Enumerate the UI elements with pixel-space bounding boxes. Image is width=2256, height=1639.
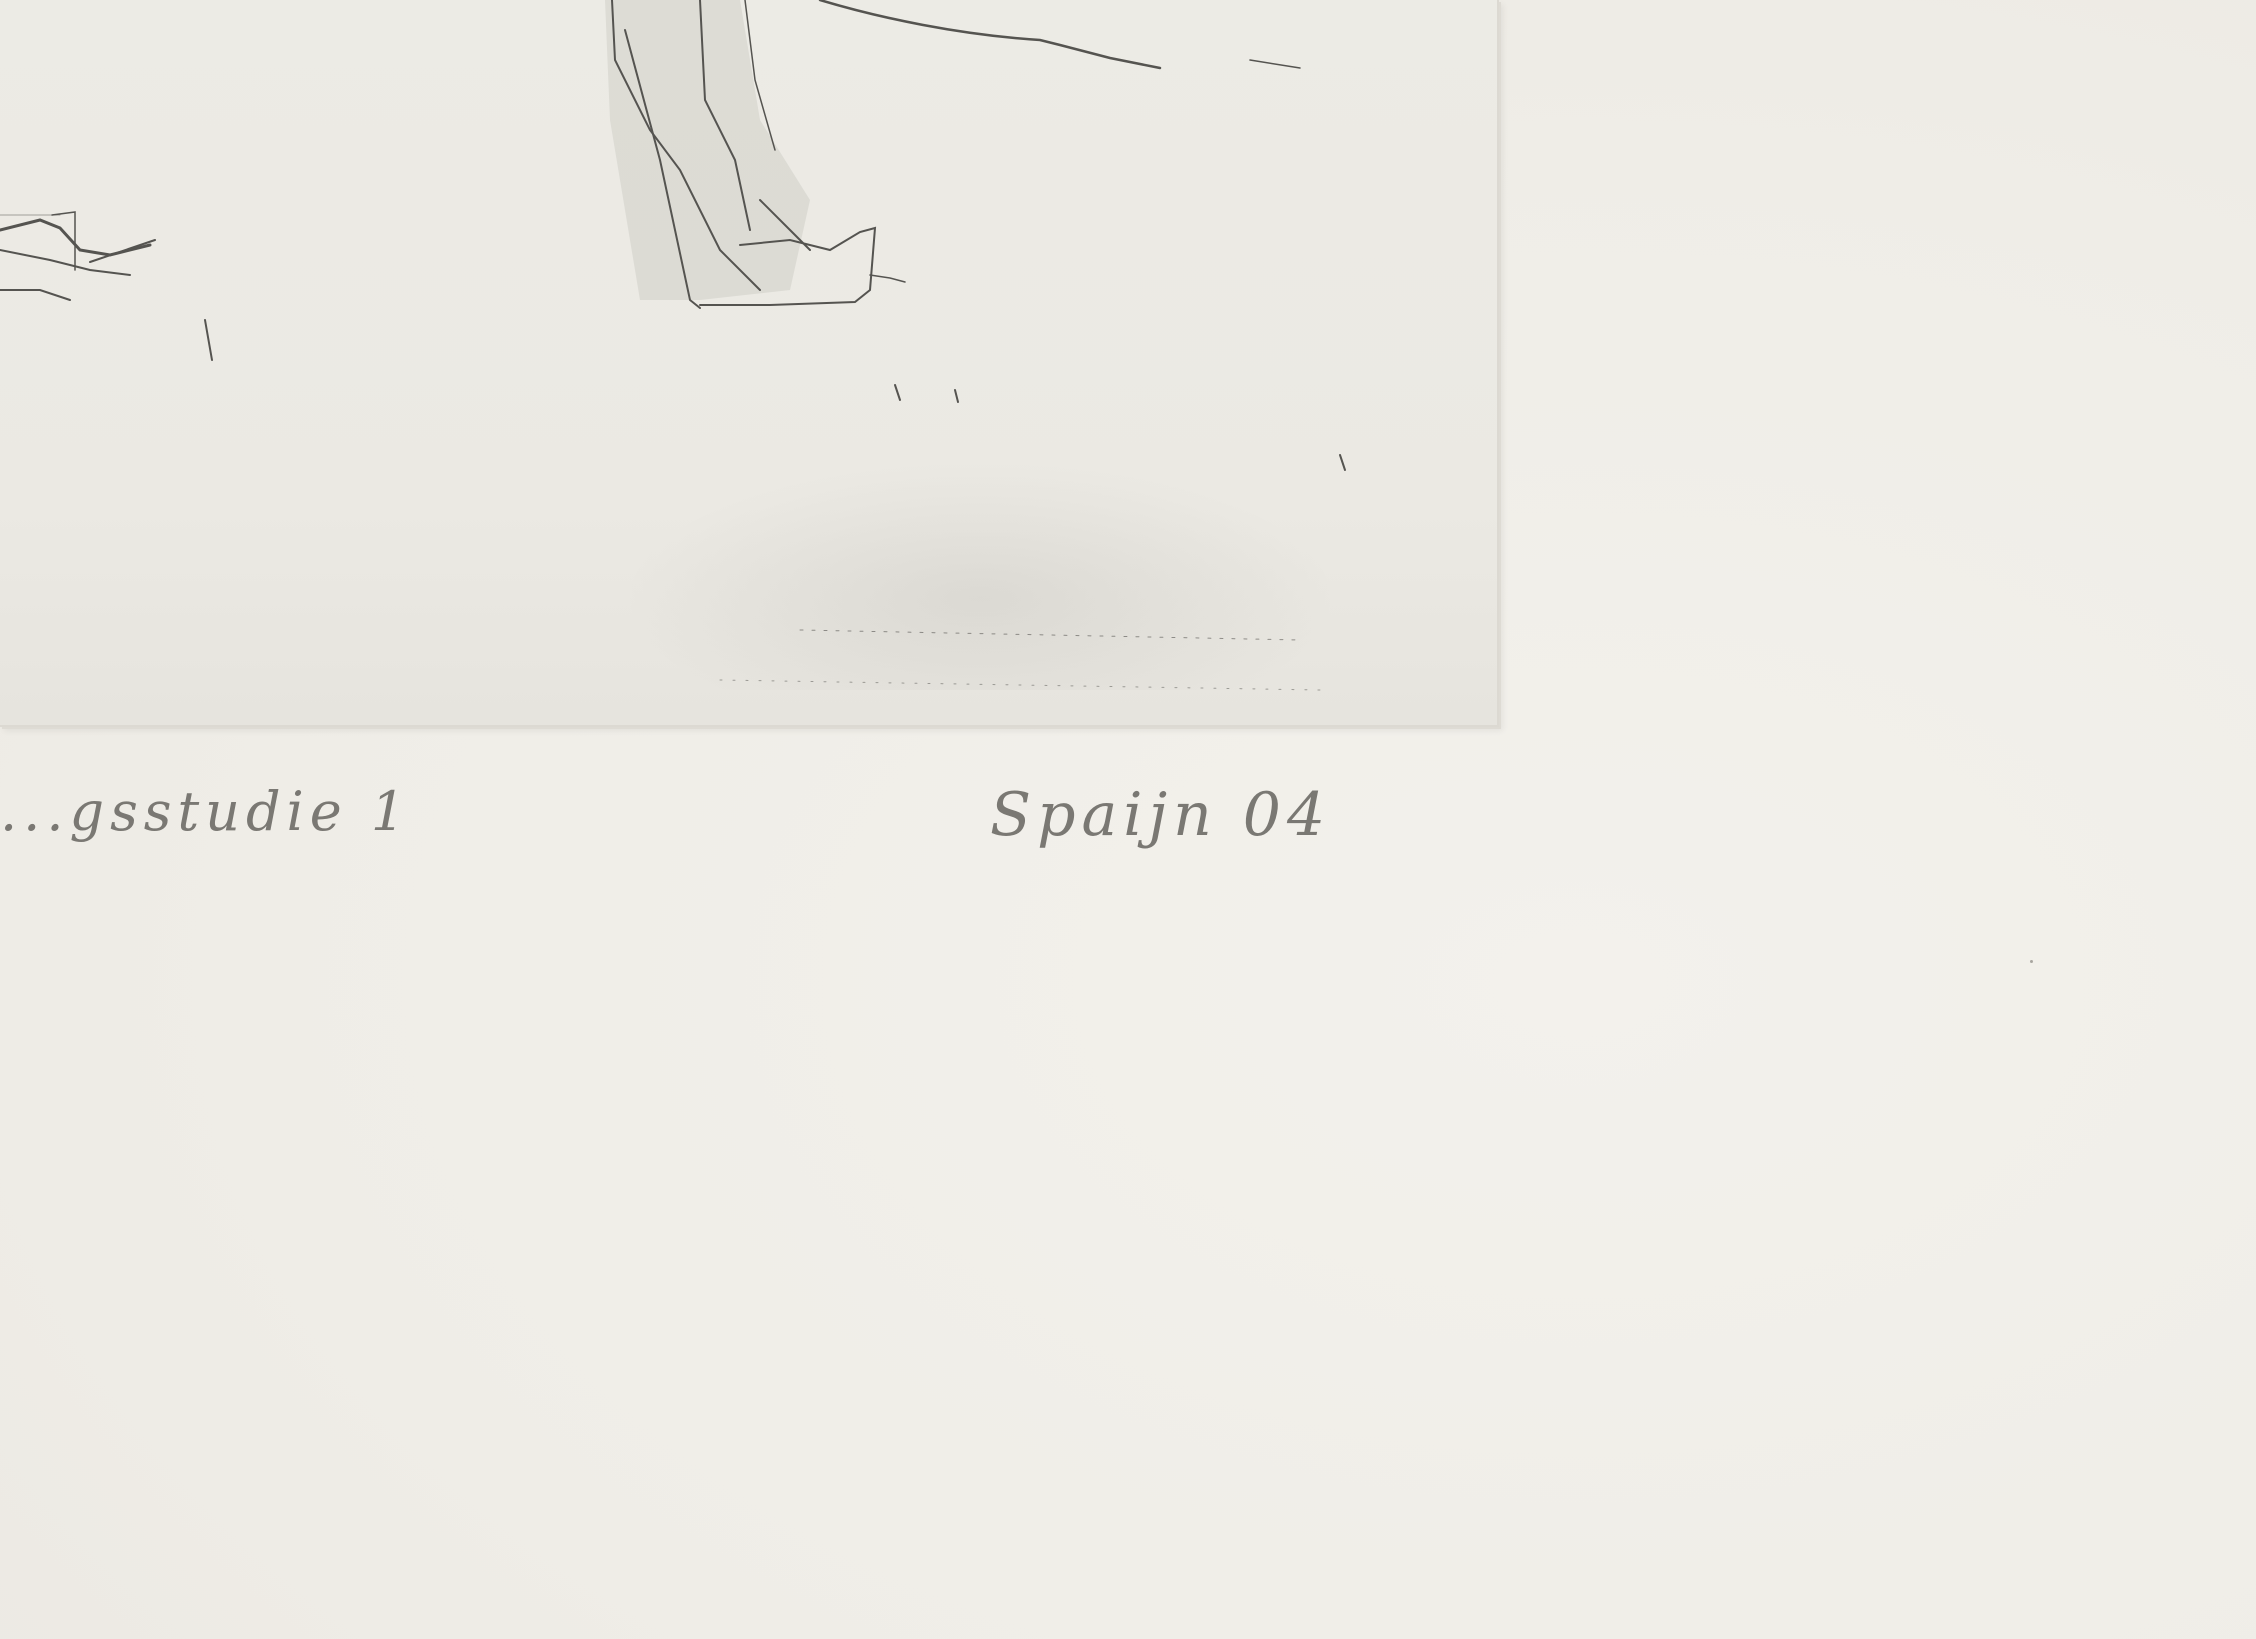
etched-figure-drawing xyxy=(0,0,1500,720)
title-text: ...gsstudie 1 xyxy=(0,780,411,843)
signature-text: Spaijn 04 xyxy=(990,780,1331,850)
paper-speck xyxy=(2030,960,2033,963)
print-title-inscription: ...gsstudie 1 xyxy=(0,780,411,843)
artist-signature: Spaijn 04 xyxy=(990,780,1331,850)
